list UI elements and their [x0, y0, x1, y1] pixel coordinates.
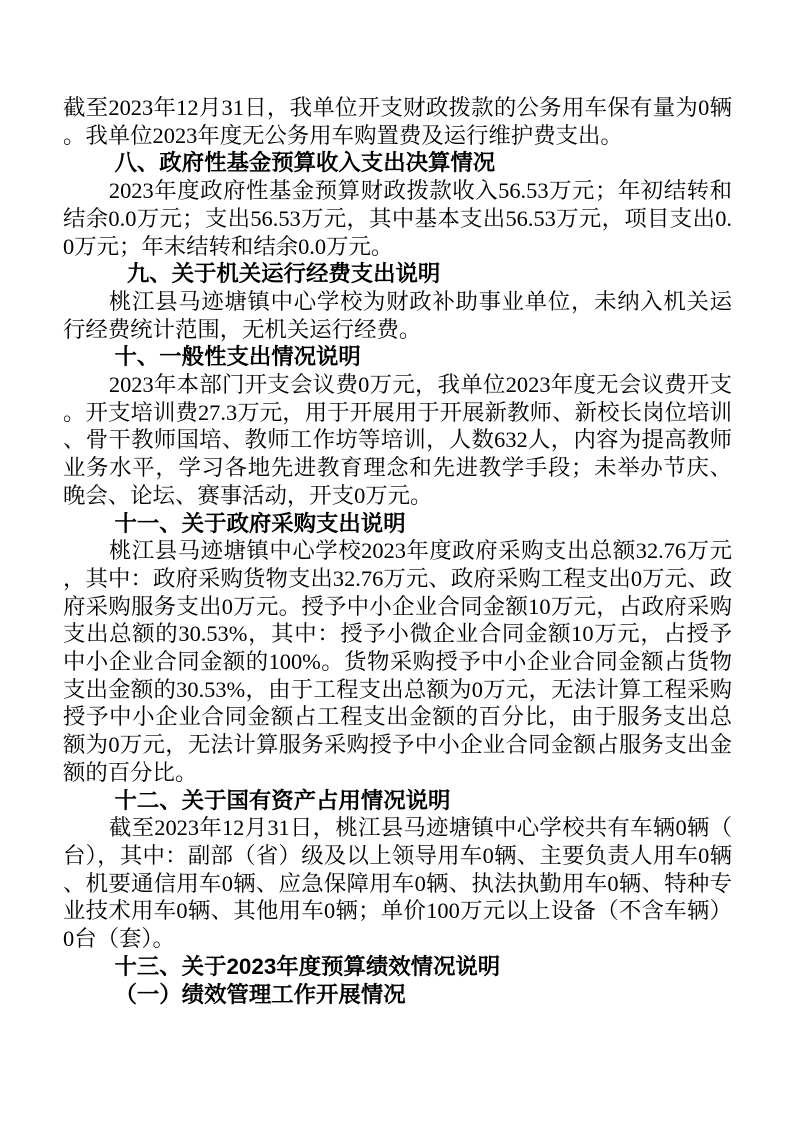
heading-section-9: 九、关于机关运行经费支出说明 [63, 260, 732, 288]
heading-performance-sub1: （一）绩效管理工作开展情况 [63, 981, 732, 1009]
heading-section-13: 十三、关于2023年度预算绩效情况说明 [63, 953, 732, 981]
heading-section-8: 八、政府性基金预算收入支出决算情况 [63, 149, 732, 177]
heading-section-11: 十一、关于政府采购支出说明 [63, 510, 732, 538]
para-procurement: 桃江县马迹塘镇中心学校2023年度政府采购支出总额32.76万元，其中：政府采购… [63, 537, 732, 786]
document-content: 截至2023年12月31日，我单位开支财政拨款的公务用车保有量为0辆。我单位20… [63, 94, 732, 1008]
para-vehicle-continuation: 截至2023年12月31日，我单位开支财政拨款的公务用车保有量为0辆。我单位20… [63, 94, 732, 149]
para-general-expense: 2023年本部门开支会议费0万元，我单位2023年度无会议费开支。开支培训费27… [63, 371, 732, 510]
heading-section-12: 十二、关于国有资产占用情况说明 [63, 787, 732, 815]
para-operating-expense: 桃江县马迹塘镇中心学校为财政补助事业单位，未纳入机关运行经费统计范围，无机关运行… [63, 288, 732, 343]
para-govfund-budget: 2023年度政府性基金预算财政拨款收入56.53万元；年初结转和结余0.0万元；… [63, 177, 732, 260]
para-state-assets: 截至2023年12月31日，桃江县马迹塘镇中心学校共有车辆0辆（台），其中：副部… [63, 814, 732, 953]
document-page: 截至2023年12月31日，我单位开支财政拨款的公务用车保有量为0辆。我单位20… [0, 0, 793, 1122]
heading-section-10: 十、一般性支出情况说明 [63, 343, 732, 371]
